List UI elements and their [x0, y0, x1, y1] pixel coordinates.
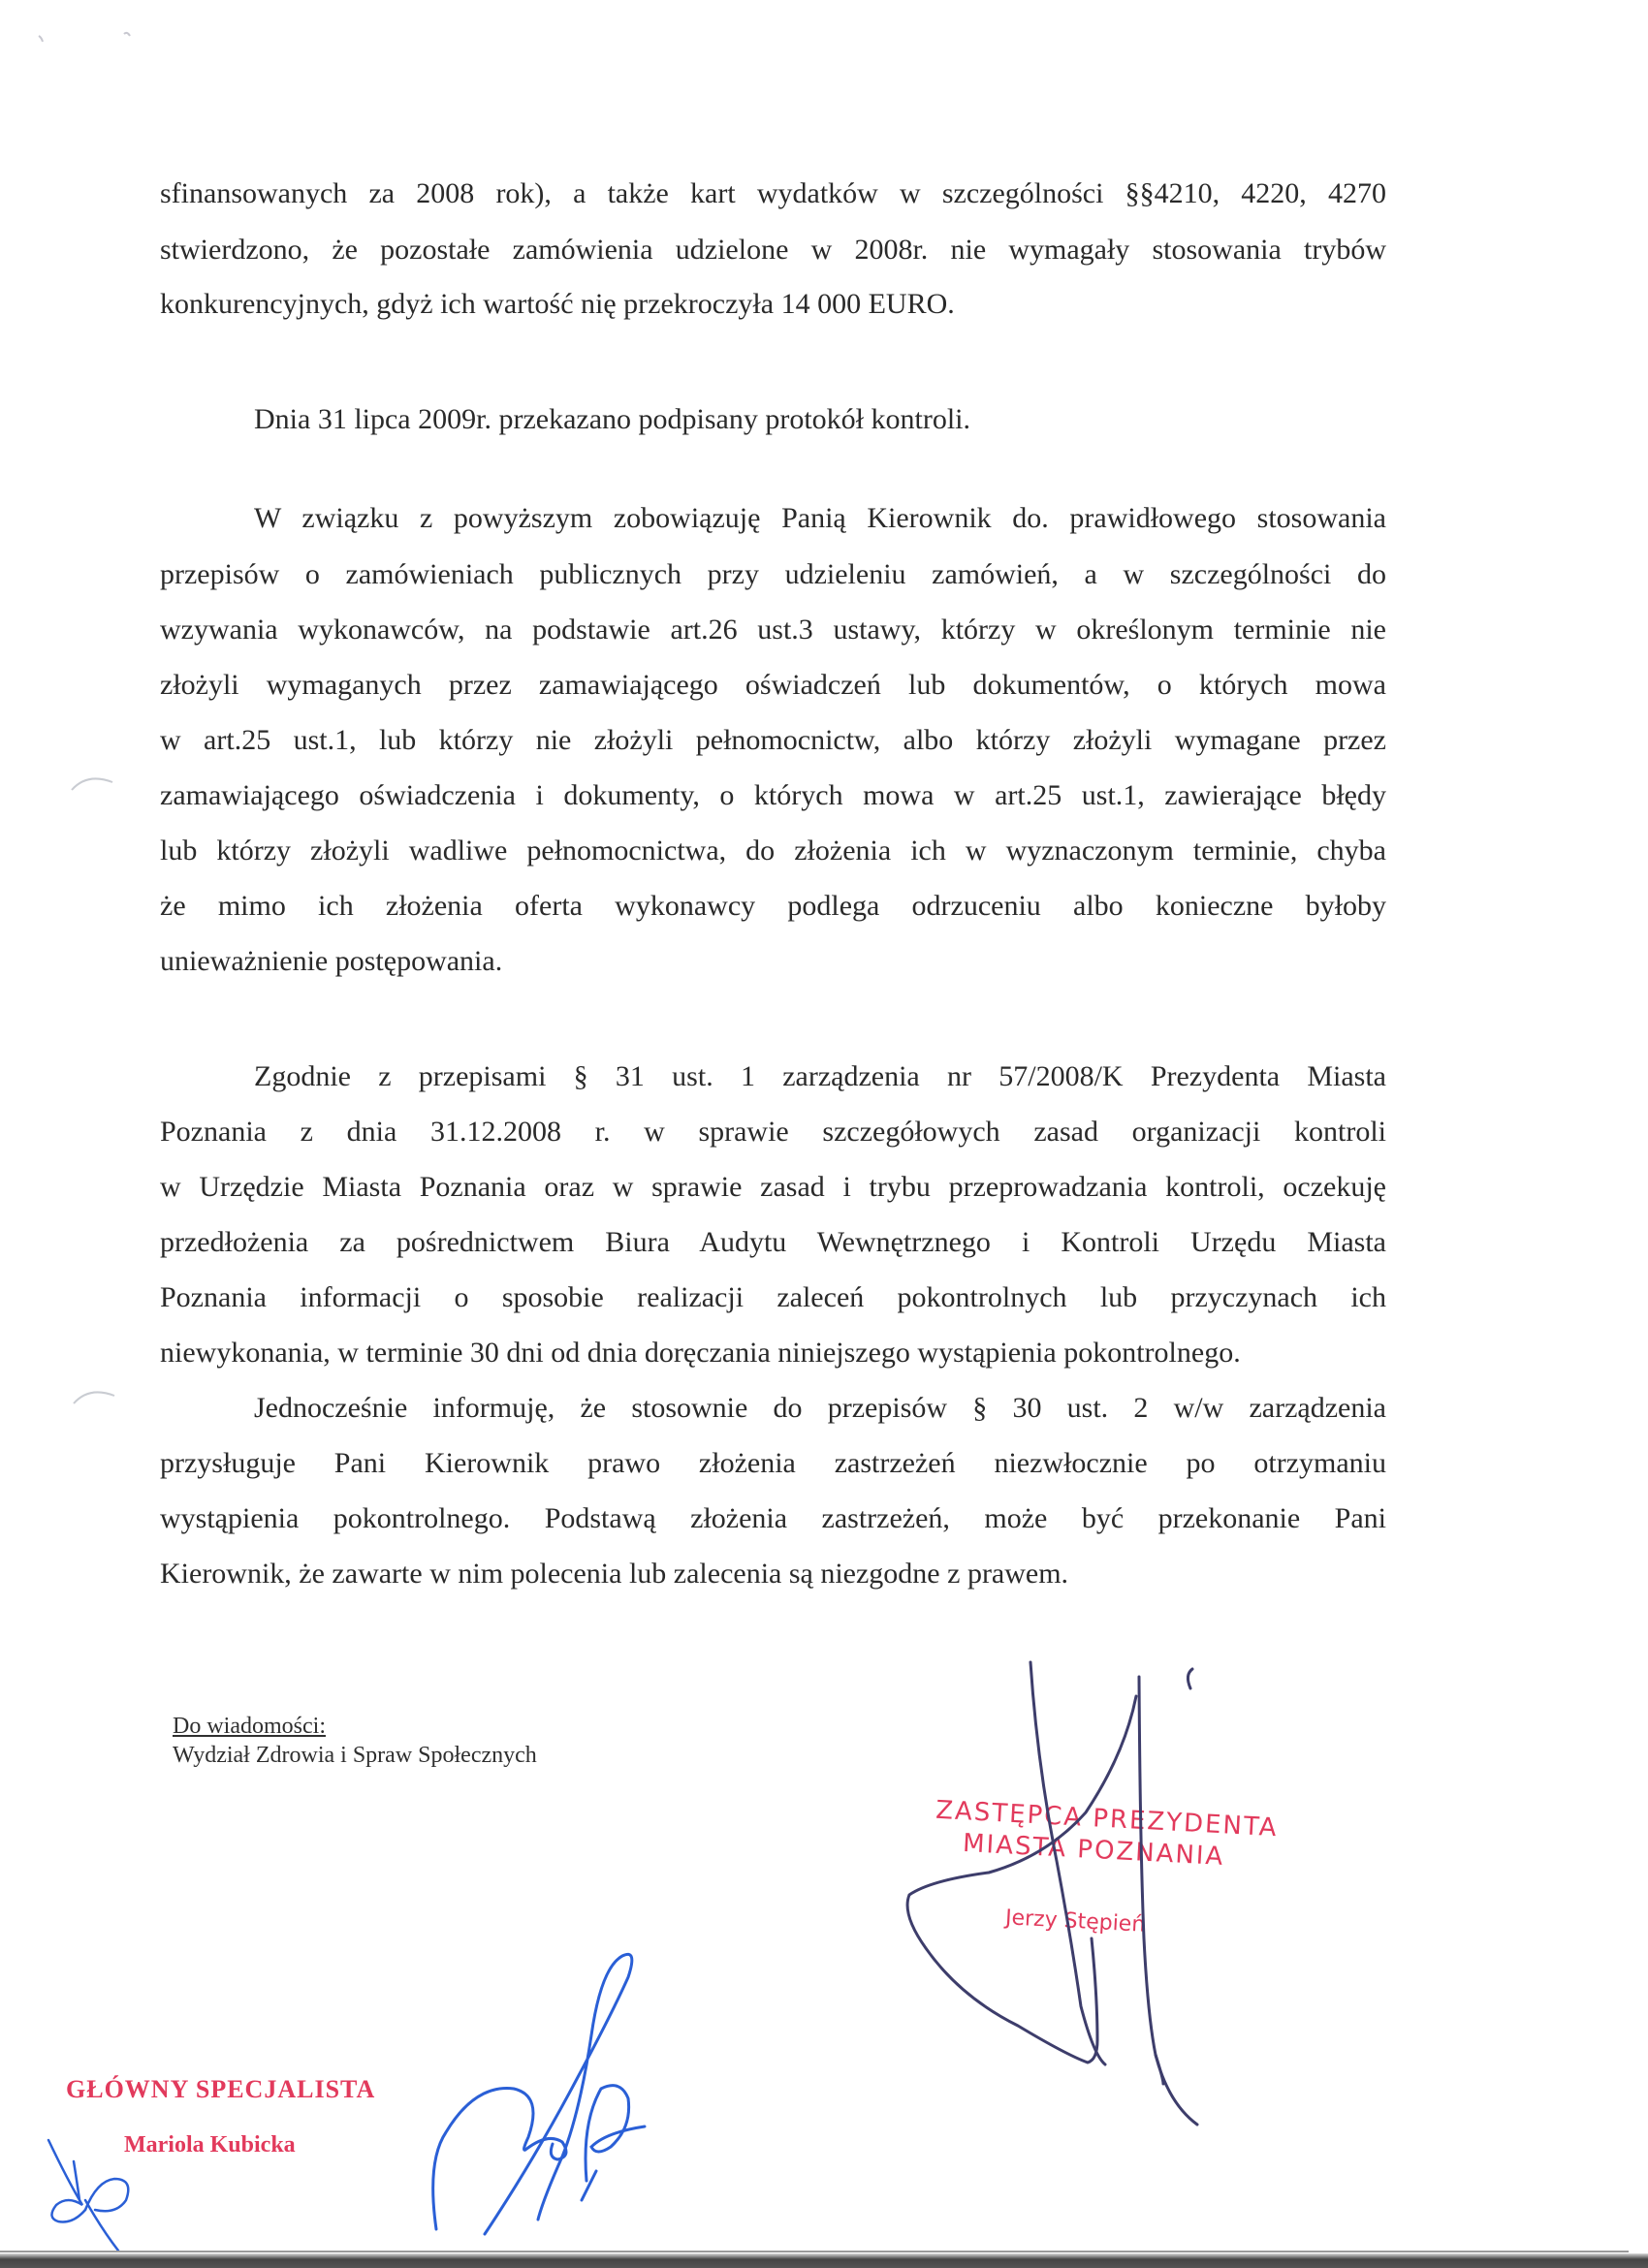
- cc-heading: Do wiadomości:: [173, 1712, 537, 1741]
- specialist-initials: [39, 2132, 174, 2258]
- text-line: w Urzędzie Miasta Poznania oraz w sprawi…: [160, 1170, 1386, 1205]
- text-line: stwierdzono, że pozostałe zamówienia udz…: [160, 233, 1386, 268]
- text-line: wzywania wykonawców, na podstawie art.26…: [160, 613, 1386, 647]
- text-line: w art.25 ust.1, lub którzy nie złożyli p…: [160, 723, 1386, 758]
- specialist-stamp-title: GŁÓWNY SPECJALISTA: [66, 2075, 375, 2104]
- scan-artifact-mark: [29, 24, 136, 53]
- text-line: Poznania z dnia 31.12.2008 r. w sprawie …: [160, 1115, 1386, 1150]
- text-line: W związku z powyższym zobowiązuję Panią …: [254, 501, 1386, 536]
- protocol-note: Dnia 31 lipca 2009r. przekazano podpisan…: [254, 402, 1386, 437]
- text-line: że mimo ich złożenia oferta wykonawcy po…: [160, 889, 1386, 924]
- text-line: Zgodnie z przepisami § 31 ust. 1 zarządz…: [254, 1059, 1386, 1094]
- text-line: przepisów o zamówieniach publicznych prz…: [160, 557, 1386, 592]
- text-line: lub którzy złożyli wadliwe pełnomocnictw…: [160, 834, 1386, 868]
- text-line: przedłożenia za pośrednictwem Biura Audy…: [160, 1225, 1386, 1260]
- cc-recipient: Wydział Zdrowia i Spraw Społecznych: [173, 1741, 537, 1770]
- text-line: złożyli wymaganych przez zamawiającego o…: [160, 668, 1386, 703]
- deputy-signature: [872, 1648, 1357, 2152]
- text-line: Jednocześnie informuję, że stosownie do …: [254, 1391, 1386, 1426]
- text-line: sfinansowanych za 2008 rok), a także kar…: [160, 176, 1386, 211]
- scanned-letter-page: sfinansowanych za 2008 rok), a także kar…: [0, 0, 1648, 2268]
- text-line: unieważnienie postępowania.: [160, 944, 1386, 979]
- text-line: niewykonania, w terminie 30 dni od dnia …: [160, 1336, 1386, 1370]
- hole-punch-mark: [68, 771, 116, 800]
- text-line: konkurencyjnych, gdyż ich wartość nię pr…: [160, 287, 1386, 322]
- scan-edge-line: [0, 2251, 1629, 2252]
- scan-bottom-edge: [0, 2253, 1648, 2268]
- text-line: przysługuje Pani Kierownik prawo złożeni…: [160, 1446, 1386, 1481]
- text-line: wystąpienia pokontrolnego. Podstawą złoż…: [160, 1501, 1386, 1536]
- text-line: Poznania informacji o sposobie realizacj…: [160, 1280, 1386, 1315]
- text-line: Kierownik, że zawarte w nim polecenia lu…: [160, 1557, 1386, 1591]
- hole-punch-mark: [70, 1384, 118, 1413]
- cc-block: Do wiadomości: Wydział Zdrowia i Spraw S…: [173, 1712, 537, 1770]
- specialist-signature: [407, 1890, 698, 2239]
- text-line: zamawiającego oświadczenia i dokumenty, …: [160, 778, 1386, 813]
